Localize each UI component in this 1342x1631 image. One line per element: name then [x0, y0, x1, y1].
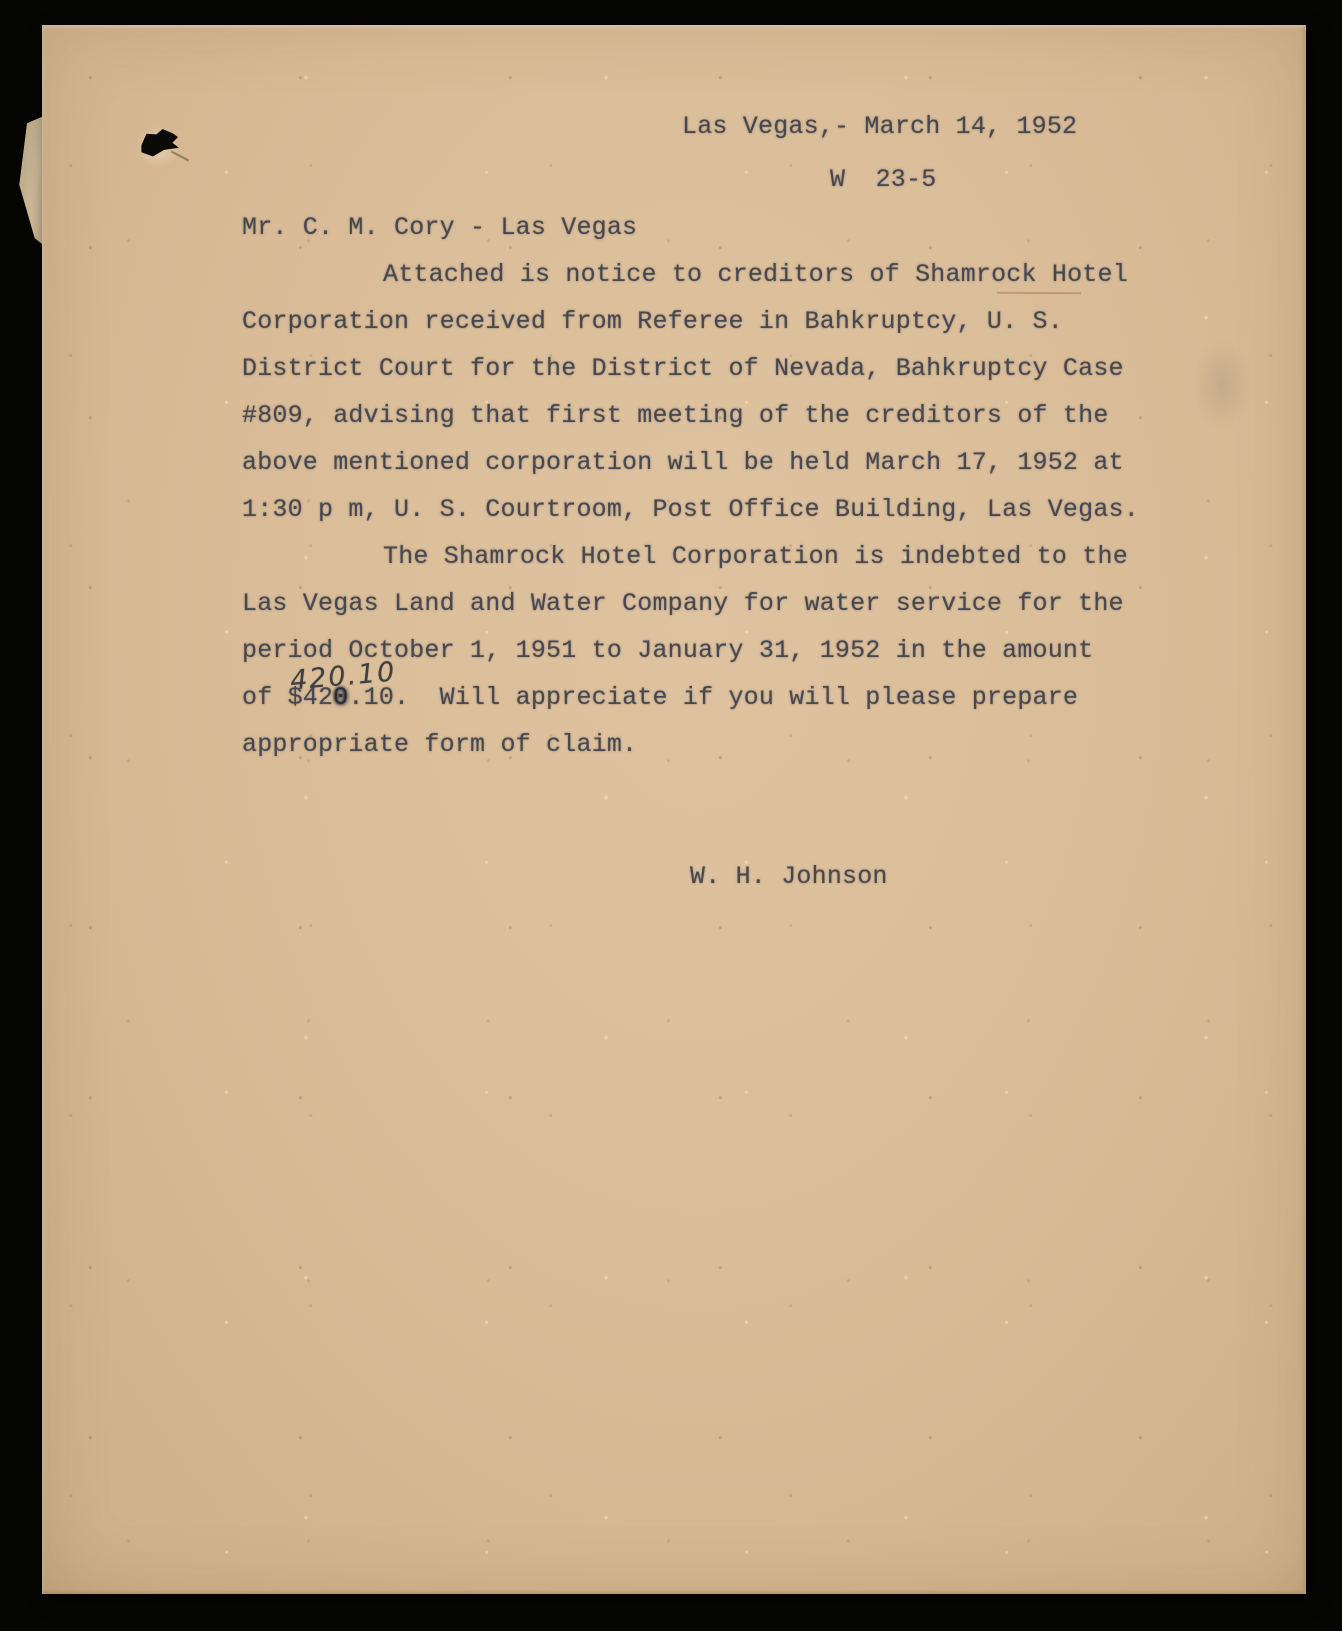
body-line: Attached is notice to creditors of Shamr… [242, 251, 1139, 298]
paper-sheet: Las Vegas,- March 14, 1952 W 23-5 Mr. C.… [42, 25, 1306, 1594]
file-reference: W 23-5 [830, 165, 936, 194]
letter-body: Attached is notice to creditors of Shamr… [242, 251, 1139, 768]
ink-smudge [1182, 325, 1262, 445]
torn-hole-crease [171, 150, 190, 161]
amount-post: .10. Will appreciate if you will please … [348, 683, 1078, 712]
recipient-line: Mr. C. M. Cory - Las Vegas [242, 213, 637, 242]
body-line: Las Vegas Land and Water Company for wat… [242, 580, 1139, 627]
signature: W. H. Johnson [690, 862, 888, 891]
body-line-closing: appropriate form of claim. [242, 721, 1139, 768]
body-line: #809, advising that first meeting of the… [242, 392, 1139, 439]
torn-hole [128, 117, 188, 177]
scan-background: Las Vegas,- March 14, 1952 W 23-5 Mr. C.… [0, 0, 1342, 1631]
body-line: Corporation received from Referee in Bah… [242, 298, 1139, 345]
body-line: District Court for the District of Nevad… [242, 345, 1139, 392]
dateline: Las Vegas,- March 14, 1952 [682, 112, 1077, 141]
body-line: The Shamrock Hotel Corporation is indebt… [242, 533, 1139, 580]
torn-hole-opening [134, 123, 182, 161]
body-line: 1:30 p m, U. S. Courtroom, Post Office B… [242, 486, 1139, 533]
body-line: above mentioned corporation will be held… [242, 439, 1139, 486]
